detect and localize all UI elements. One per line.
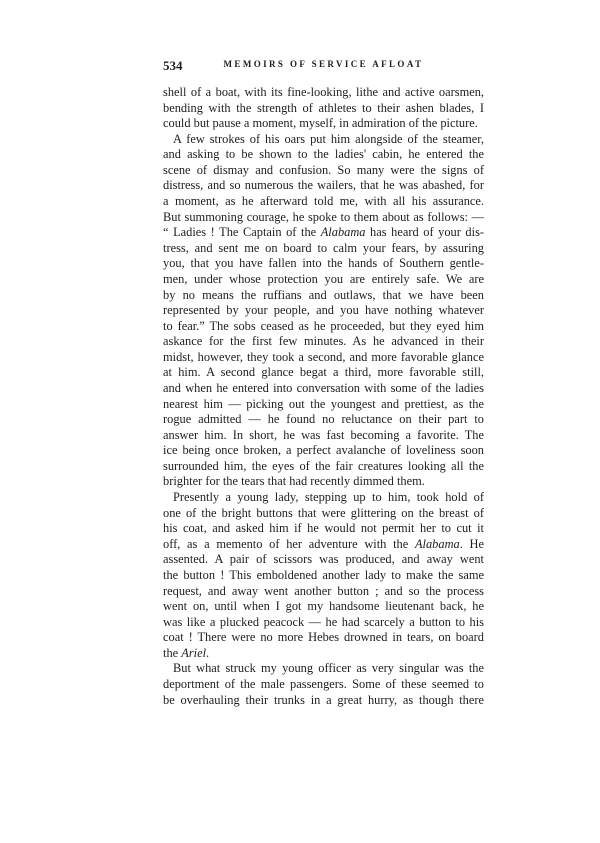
text-line: one of the bright buttons that were glit…: [163, 506, 484, 522]
text-line: rogue admitted — he found no reluctance …: [163, 412, 484, 428]
text-line: bending with the strength of athletes to…: [163, 101, 484, 117]
text-line: the Ariel.: [163, 646, 484, 662]
text-line: and when he entered into conversation wi…: [163, 381, 484, 397]
text-line: went on, until when I got my handsome li…: [163, 599, 484, 615]
text-line: could but pause a moment, myself, in adm…: [163, 116, 484, 132]
text-segment: has heard of your dis-: [365, 225, 484, 239]
text-line: and asking to be shown to the ladies' ca…: [163, 147, 484, 163]
text-line: off, as a memento of her adventure with …: [163, 537, 484, 553]
text-line: ice being once broken, a perfect avalanc…: [163, 443, 484, 459]
text-line: represented by your people, and you have…: [163, 303, 484, 319]
text-line: be overhauling their trunks in a great h…: [163, 693, 484, 709]
italic-ship-name: Alabama: [321, 225, 366, 239]
text-segment: .: [206, 646, 209, 660]
italic-ship-name: Alabama: [415, 537, 460, 551]
running-head: 534 MEMOIRS OF SERVICE AFLOAT: [163, 58, 484, 76]
text-line: askance for the first few minutes. As he…: [163, 334, 484, 350]
text-segment: off, as a memento of her adventure with …: [163, 537, 415, 551]
text-segment: the: [163, 646, 181, 660]
text-line: midst, however, they took a second, and …: [163, 350, 484, 366]
text-line: “ Ladies ! The Captain of the Alabama ha…: [163, 225, 484, 241]
text-line: deportment of the male passengers. Some …: [163, 677, 484, 693]
text-line: But what struck my young officer as very…: [163, 661, 484, 677]
text-line: scene of dismay and confusion. So many w…: [163, 163, 484, 179]
text-line: tress, and sent me on board to calm your…: [163, 241, 484, 257]
text-segment: “ Ladies ! The Captain of the: [163, 225, 321, 239]
text-line: brighter for the tears that had recently…: [163, 474, 484, 490]
body-text: shell of a boat, with its fine-looking, …: [163, 85, 484, 708]
text-line: men, under whose protection you are enti…: [163, 272, 484, 288]
text-line: A few strokes of his oars put him alongs…: [163, 132, 484, 148]
text-line: nearest him — picking out the youngest a…: [163, 397, 484, 413]
text-line: request, and away went another button ; …: [163, 584, 484, 600]
text-line: Presently a young lady, stepping up to h…: [163, 490, 484, 506]
text-line: surrounded him, the eyes of the fair cre…: [163, 459, 484, 475]
text-line: distress, and so numerous the wailers, t…: [163, 178, 484, 194]
text-line: was like a plucked peacock — he had scar…: [163, 615, 484, 631]
text-line: assented. A pair of scissors was produce…: [163, 552, 484, 568]
italic-ship-name: Ariel: [181, 646, 206, 660]
text-segment: . He: [460, 537, 484, 551]
running-title: MEMOIRS OF SERVICE AFLOAT: [163, 59, 484, 69]
text-line: coat ! There were no more Hebes drowned …: [163, 630, 484, 646]
text-line: by no means the ruffians and outlaws, th…: [163, 288, 484, 304]
text-line: to fear.” The sobs ceased as he proceede…: [163, 319, 484, 335]
text-line: answer him. In short, he was fast becomi…: [163, 428, 484, 444]
text-line: his coat, and asked him if he would not …: [163, 521, 484, 537]
text-line: But summoning courage, he spoke to them …: [163, 210, 484, 226]
text-line: a moment, as he afterward told me, with …: [163, 194, 484, 210]
book-page: 534 MEMOIRS OF SERVICE AFLOAT shell of a…: [163, 58, 484, 708]
text-line: shell of a boat, with its fine-looking, …: [163, 85, 484, 101]
text-line: the button ! This emboldened another lad…: [163, 568, 484, 584]
text-line: you, that you have fallen into the hands…: [163, 256, 484, 272]
text-line: at him. A second glance begat a third, m…: [163, 365, 484, 381]
